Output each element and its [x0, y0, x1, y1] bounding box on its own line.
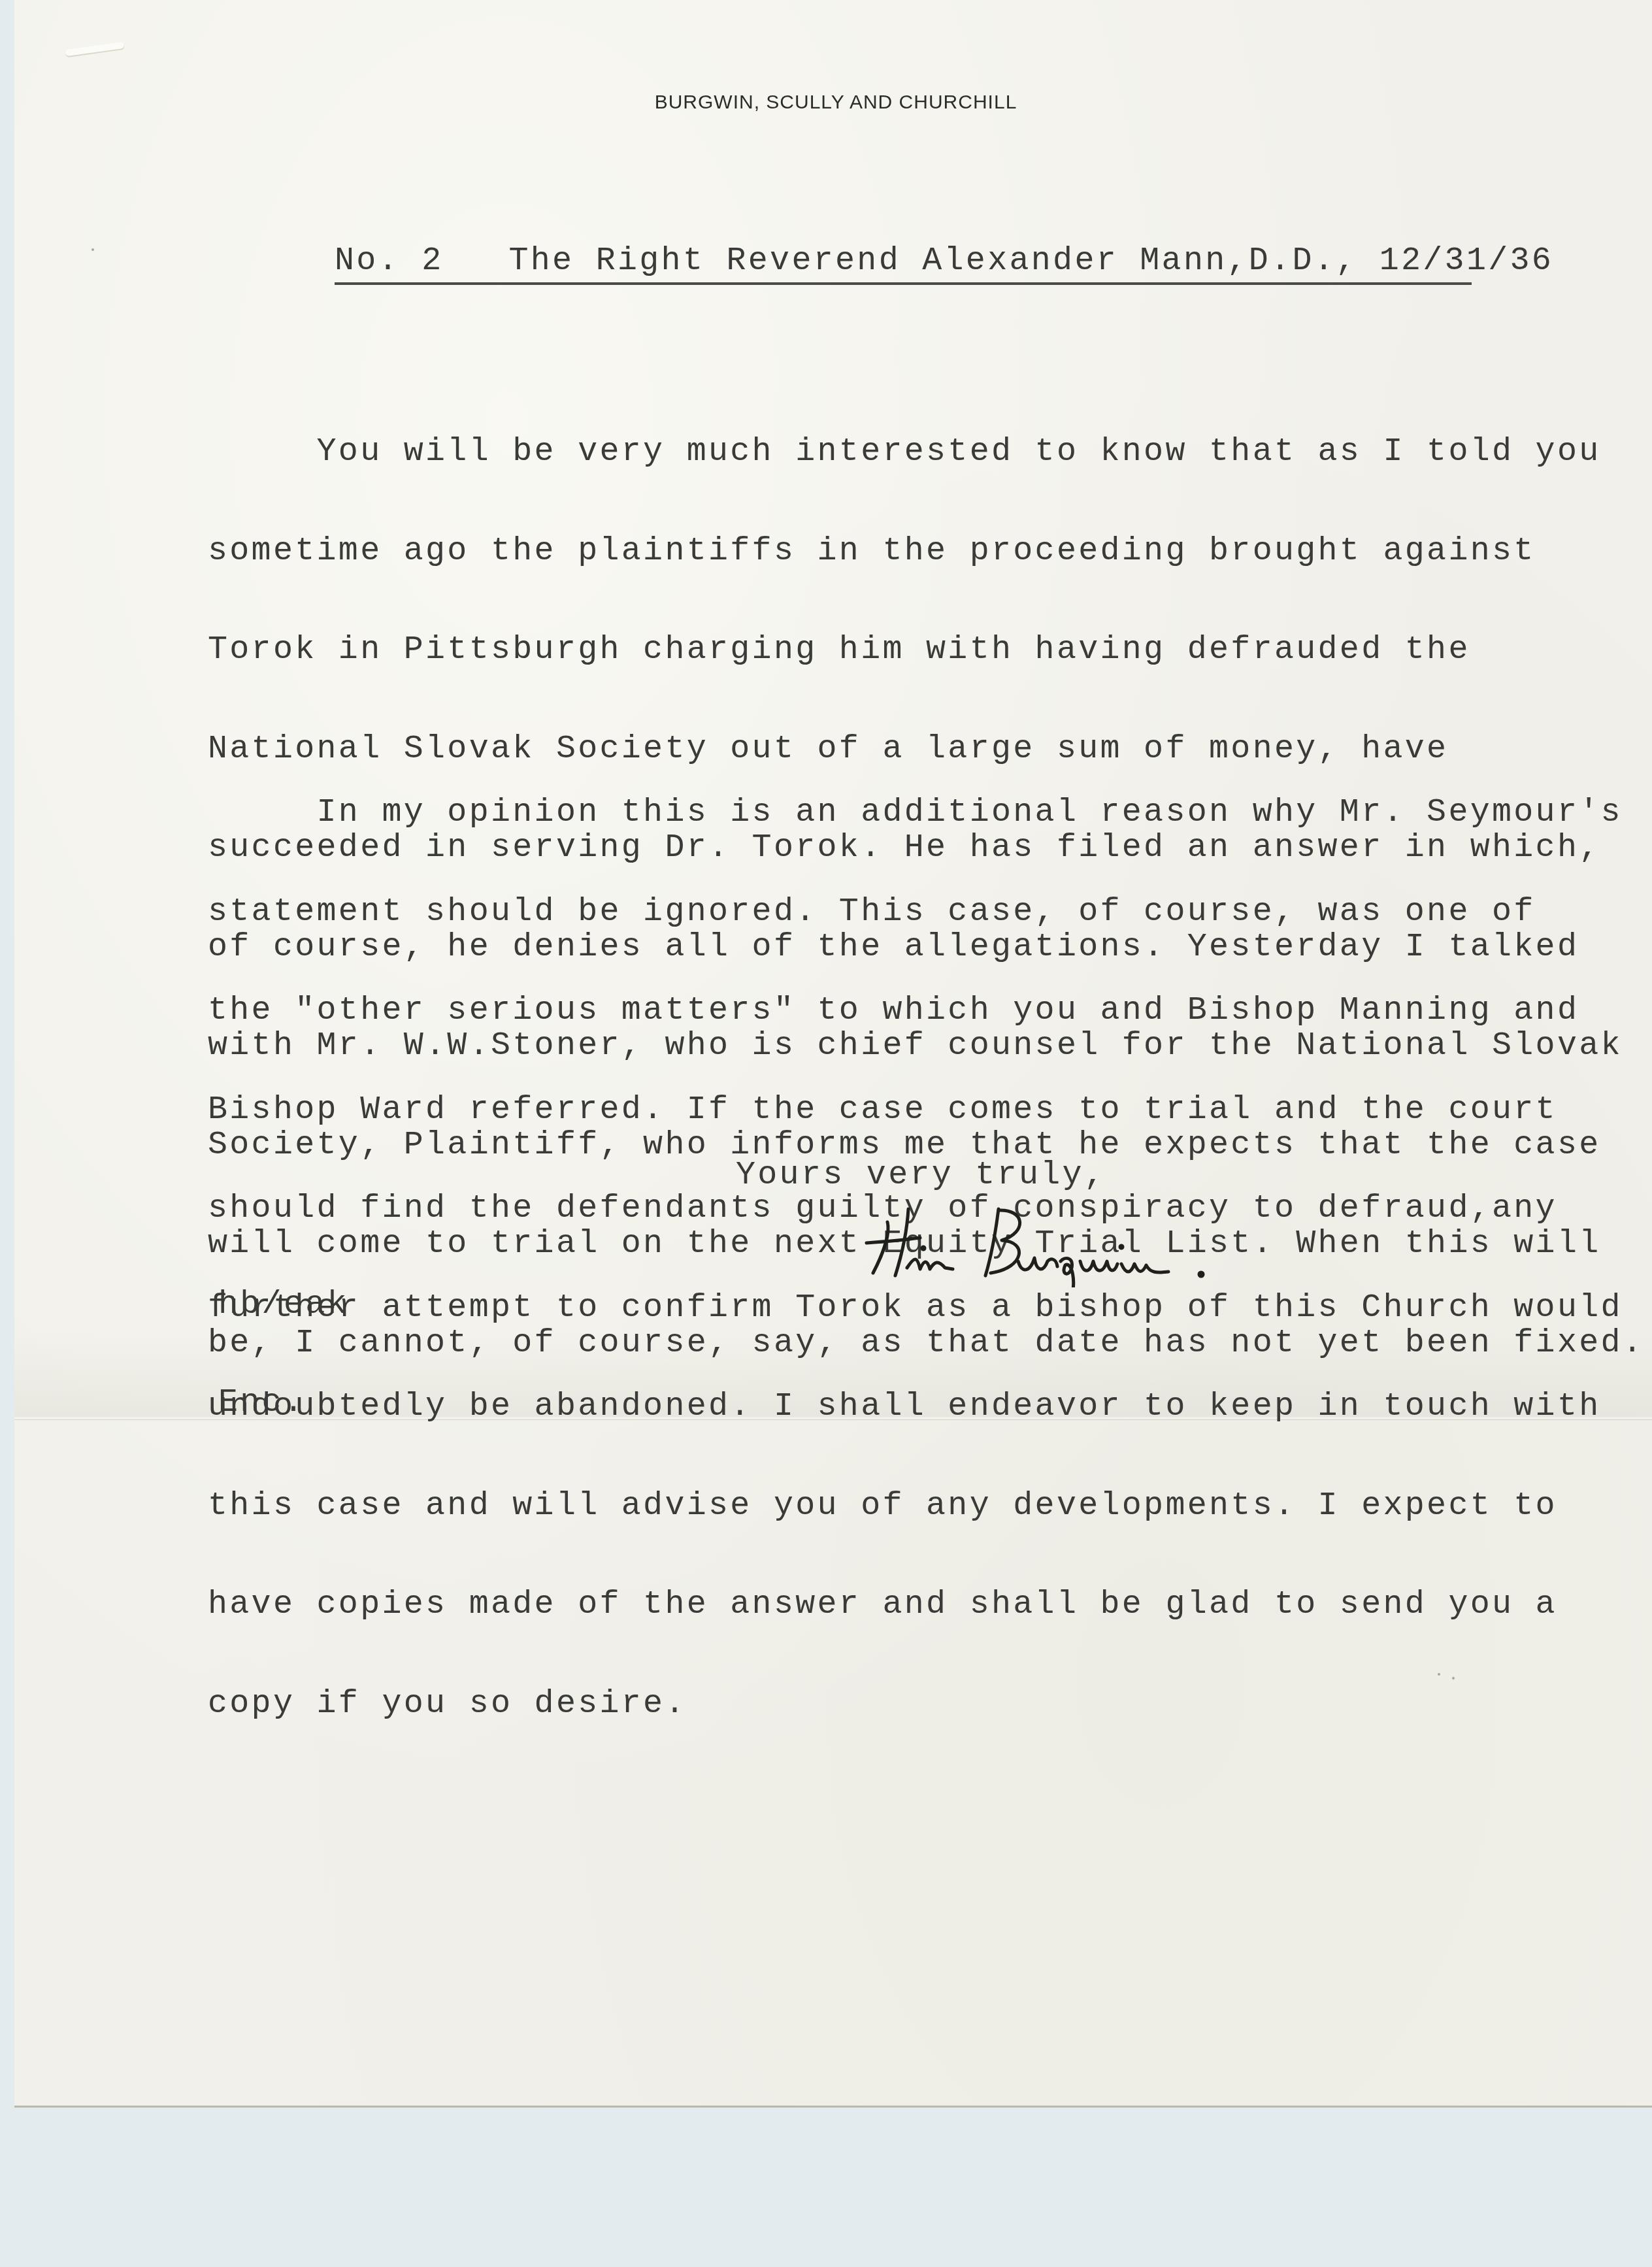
handwritten-signature: H.B. Burgwin. — [861, 1196, 1306, 1287]
letter-date: 12/31/36 — [1379, 242, 1553, 280]
complimentary-close: Yours very truly, — [736, 1157, 1106, 1194]
subject-line: No. 2 The Right Reverend Alexander Mann,… — [335, 242, 1553, 281]
typist-initials: hb/eak — [218, 1289, 349, 1321]
body-line: this case and will advise you of any dev… — [208, 1490, 1623, 1523]
body-line: undoubtedly be abandoned. I shall endeav… — [208, 1391, 1623, 1424]
body-line: You will be very much interested to know… — [208, 436, 1644, 469]
paper-speck — [91, 248, 94, 251]
body-line: Bishop Ward referred. If the case comes … — [208, 1094, 1623, 1127]
body-line: In my opinion this is an additional reas… — [208, 797, 1623, 830]
reference-block: hb/eak Enc. — [218, 1223, 349, 1452]
body-line: further attempt to confirm Torok as a bi… — [208, 1292, 1623, 1325]
body-line: have copies made of the answer and shall… — [208, 1589, 1623, 1622]
enclosure-note: Enc. — [218, 1387, 349, 1419]
body-line: copy if you so desire. — [208, 1688, 1623, 1721]
staple-tear-mark — [65, 42, 125, 56]
body-line: the "other serious matters" to which you… — [208, 995, 1623, 1028]
body-line: sometime ago the plaintiffs in the proce… — [208, 535, 1644, 569]
letterhead-firm-name: BURGWIN, SCULLY AND CHURCHILL — [0, 91, 1652, 114]
subject-underline — [335, 282, 1472, 285]
page-number: No. 2 — [335, 242, 444, 280]
recipient-name: The Right Reverend Alexander Mann,D.D., — [508, 242, 1357, 280]
body-line: statement should be ignored. This case, … — [208, 896, 1623, 929]
body-line: Torok in Pittsburgh charging him with ha… — [208, 634, 1644, 667]
